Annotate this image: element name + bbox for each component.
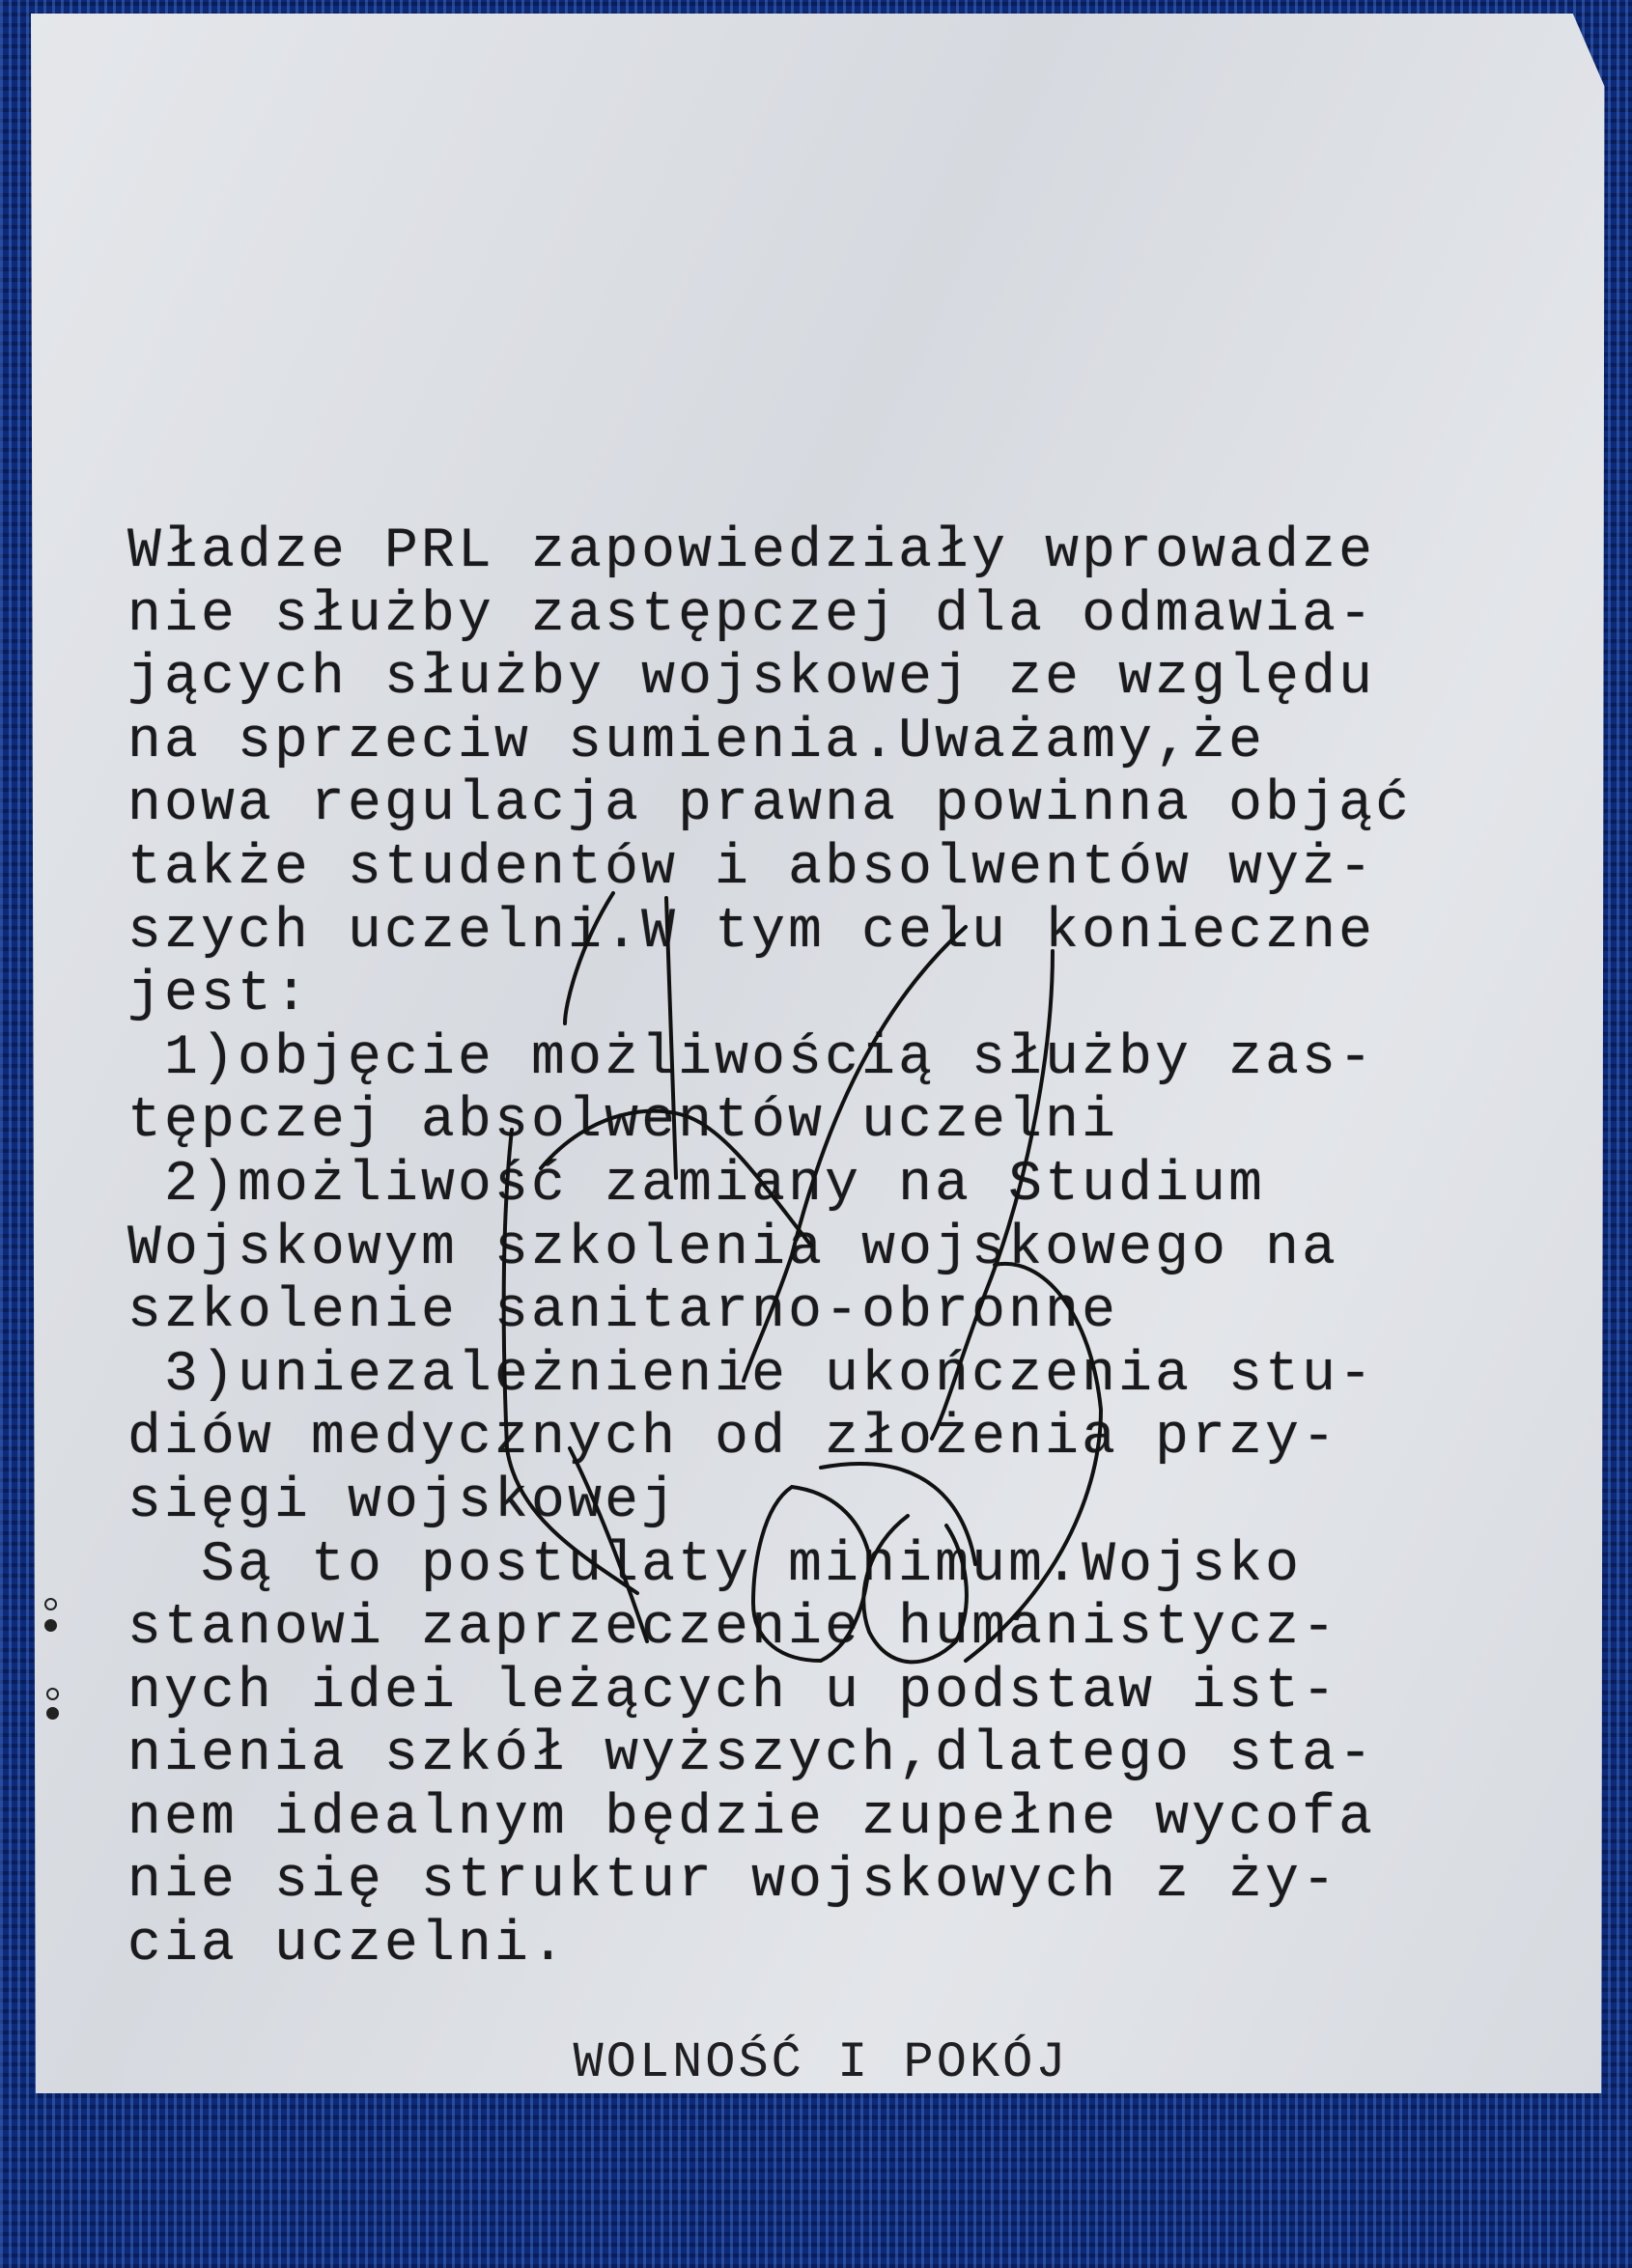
body-line: nych idei leżących u podstaw ist-	[127, 1661, 1412, 1724]
body-line: nowa regulacja prawna powinna objąć	[127, 773, 1412, 837]
body-line: 1)objęcie możliwością służby zas-	[127, 1027, 1412, 1091]
body-line: także studentów i absolwentów wyż-	[127, 837, 1412, 901]
body-line: tępczej absolwentów uczelni	[127, 1090, 1412, 1154]
body-line: jących służby wojskowej ze względu	[127, 647, 1412, 711]
signature-city: KRAKÓW	[31, 2095, 1611, 2159]
body-line: nem idealnym będzie zupełne wycofa	[127, 1787, 1412, 1851]
body-line: szych uczelni.W tym celu konieczne	[127, 901, 1412, 965]
signature-organization: WOLNOŚĆ I POKÓJ	[31, 2031, 1611, 2095]
body-line: stanowi zaprzeczenie humanistycz-	[127, 1597, 1412, 1661]
body-line: Są to postulaty minimum.Wojsko	[127, 1534, 1412, 1598]
body-line: Władze PRL zapowiedziały wprowadze	[127, 520, 1412, 584]
body-line: cia uczelni.	[127, 1914, 1412, 1977]
signature-block: WOLNOŚĆ I POKÓJ KRAKÓW	[31, 2031, 1611, 2159]
body-line: sięgi wojskowej	[127, 1470, 1412, 1534]
body-line: diów medycznych od złożenia przy-	[127, 1407, 1412, 1470]
leaflet-paper: Władze PRL zapowiedziały wprowadzenie sł…	[31, 14, 1611, 2093]
body-line: na sprzeciw sumienia.Uważamy,że	[127, 711, 1412, 774]
body-line: 2)możliwość zamiany na Studium	[127, 1154, 1412, 1218]
body-line: Wojskowym szkolenia wojskowego na	[127, 1218, 1412, 1281]
body-line: nienia szkół wyższych,dlatego sta-	[127, 1723, 1412, 1787]
typewritten-body: Władze PRL zapowiedziały wprowadzenie sł…	[127, 520, 1412, 1977]
body-line: 3)uniezależnienie ukończenia stu-	[127, 1344, 1412, 1408]
body-line: nie służby zastępczej dla odmawia-	[127, 584, 1412, 648]
body-line: nie się struktur wojskowych z ży-	[127, 1850, 1412, 1914]
body-line: jest:	[127, 964, 1412, 1027]
body-line: szkolenie sanitarno-obronne	[127, 1280, 1412, 1344]
